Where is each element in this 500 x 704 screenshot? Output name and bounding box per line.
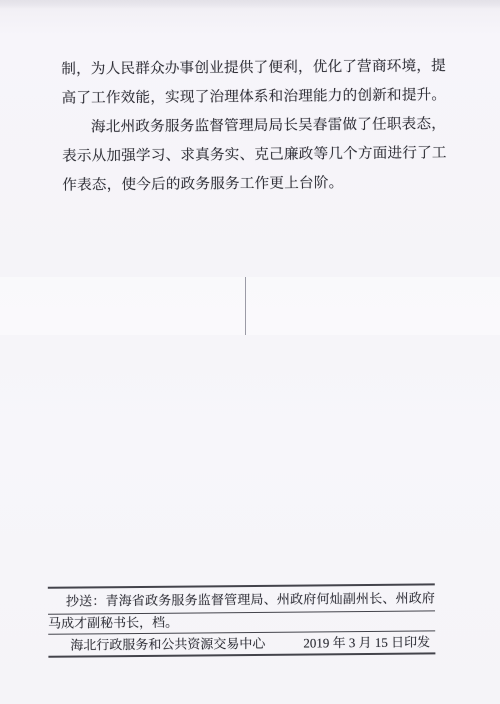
body-line-4: 表示从加强学习、求真务实、克己廉政等几个方面进行了工 — [62, 139, 446, 171]
issuing-office: 海北行政服务和公共资源交易中心 — [70, 633, 265, 655]
imprint-block: 抄送：青海省政务服务监督管理局、州政府何灿副州长、州政府 马成才副秘书长，档。 … — [48, 583, 436, 657]
body-line-5: 作表态，使今后的政务服务工作更上台阶。 — [62, 168, 446, 200]
copy-to-line-1: 抄送：青海省政务服务监督管理局、州政府何灿副州长、州政府 — [48, 585, 435, 613]
document-body: 制，为人民群众办事创业提供了便利，优化了营商环境，提 高了工作效能，实现了治理体… — [61, 52, 446, 200]
document-content: 制，为人民群众办事创业提供了便利，优化了营商环境，提 高了工作效能，实现了治理体… — [0, 0, 500, 704]
scanned-document-page: 制，为人民群众办事创业提供了便利，优化了营商环境，提 高了工作效能，实现了治理体… — [0, 0, 500, 704]
body-line-3: 海北州政务服务监督管理局局长吴春雷做了任职表态， — [62, 110, 446, 142]
print-date: 2019 年 3 月 15 日印发 — [303, 632, 430, 653]
copy-to-line-2: 马成才副秘书长，档。 — [48, 611, 435, 633]
body-line-2: 高了工作效能，实现了治理体系和治理能力的创新和提升。 — [61, 81, 445, 113]
body-line-1: 制，为人民群众办事创业提供了便利，优化了营商环境，提 — [61, 52, 445, 84]
issuing-row: 海北行政服务和公共资源交易中心 2019 年 3 月 15 日印发 — [48, 631, 435, 655]
